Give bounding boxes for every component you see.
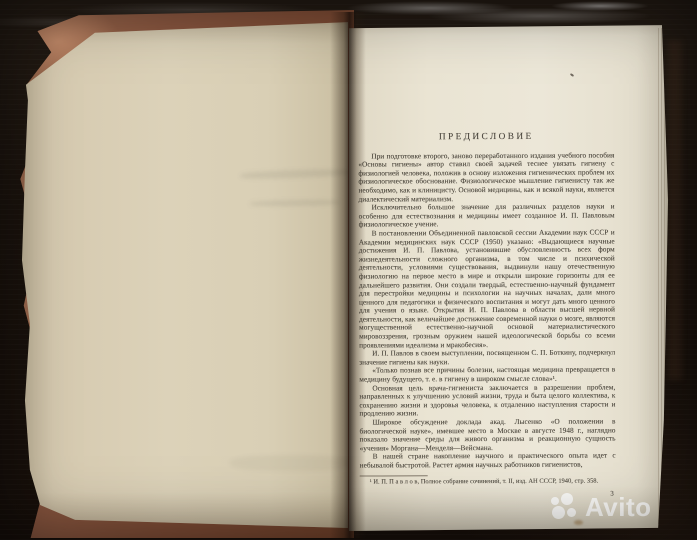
footnote: ¹ И. П. П а в л о в, Полное собрание соч… <box>360 477 616 486</box>
show-through-smudge <box>230 455 350 471</box>
preface-paragraph: Широкое обсуждение доклада акад. Лысенко… <box>359 417 615 452</box>
preface-paragraph: Исключительно большое значение для разли… <box>359 203 615 230</box>
preface-paragraph: Основная цель врача-гигиениста заключает… <box>359 383 615 418</box>
logo-circle <box>552 506 565 519</box>
page-heading: ПРЕДИСЛОВИЕ <box>358 132 614 142</box>
photo-of-open-book: ПРЕДИСЛОВИЕ При подготовке второго, зано… <box>0 0 697 540</box>
blank-flyleaf-page <box>20 18 350 528</box>
avito-watermark: Avito <box>551 493 652 521</box>
logo-circle <box>561 493 573 505</box>
watermark-label: Avito <box>585 494 652 520</box>
preface-text-column: ПРЕДИСЛОВИЕ При подготовке второго, зано… <box>358 132 616 499</box>
preface-paragraph: В нашей стране накопление научного и пра… <box>360 452 616 470</box>
logo-circle <box>551 497 559 505</box>
logo-circle <box>567 508 576 517</box>
preface-paragraph: В постановлении Объединенной павловской … <box>359 228 616 349</box>
preface-paragraph: При подготовке второго, заново переработ… <box>358 151 614 204</box>
avito-logo-icon <box>551 493 581 521</box>
preface-paragraph: «Только познав все причины болезни, наст… <box>359 366 615 384</box>
fore-edge-shadow <box>668 40 682 380</box>
footnote-divider <box>360 475 428 476</box>
